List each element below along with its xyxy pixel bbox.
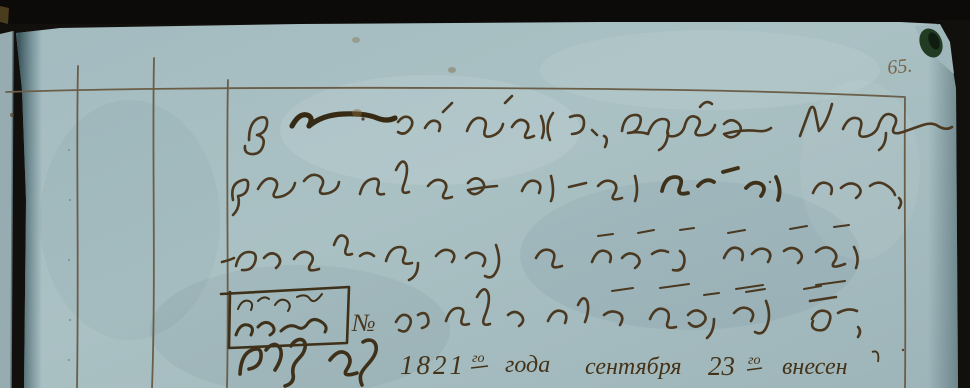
date-goda: года — [505, 352, 550, 378]
photo-background-top — [0, 0, 970, 24]
date-day: 23 — [708, 351, 735, 381]
date-month: сентября — [585, 354, 682, 380]
folio-number: 65. — [886, 54, 913, 78]
binding-edge — [0, 6, 9, 24]
scan-canvas: № 1821 го года сентября 23 го внесен 65. — [0, 0, 970, 388]
manuscript-scan: № 1821 го года сентября 23 го внесен 65. — [0, 0, 970, 388]
vertical-rule-1 — [77, 66, 78, 388]
vertical-rule-4 — [905, 98, 906, 388]
date-year: 1821 — [400, 350, 466, 380]
date-day-suffix: го — [748, 353, 760, 368]
date-tail-word: внесен — [782, 354, 848, 380]
numero-symbol: № — [351, 310, 376, 337]
date-year-suffix: го — [472, 351, 484, 366]
